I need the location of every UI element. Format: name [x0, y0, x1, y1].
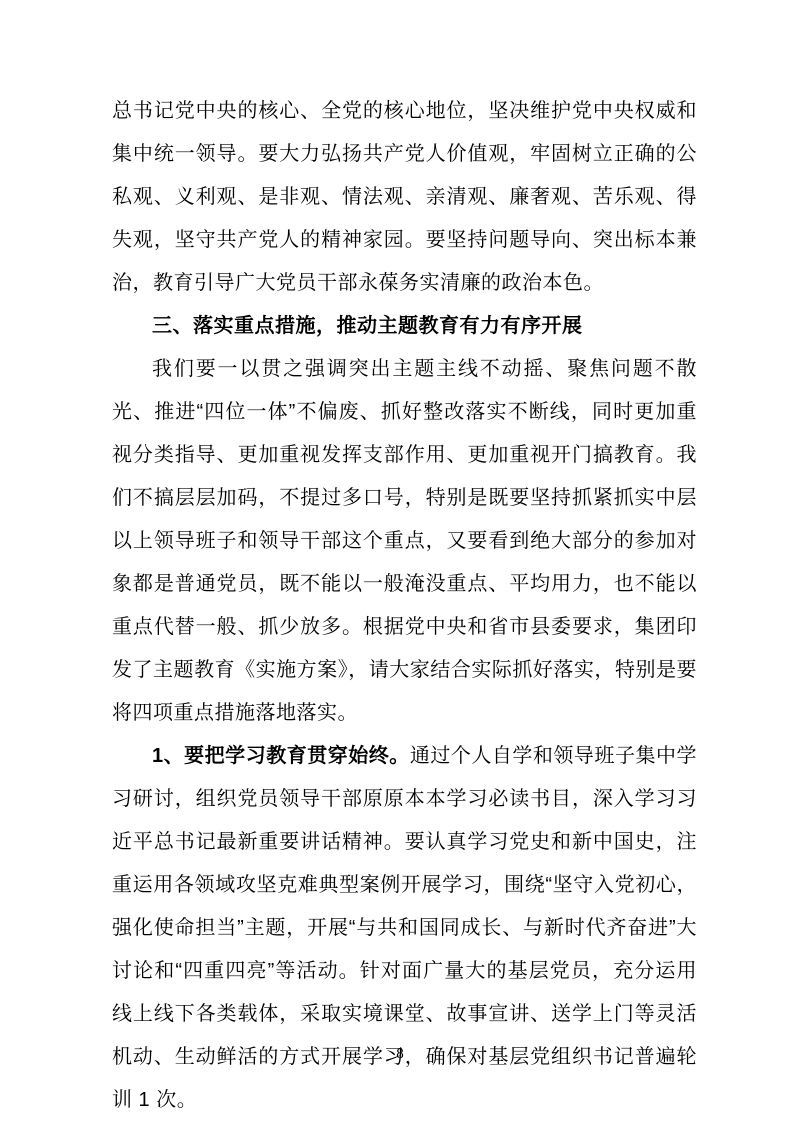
paragraph-continuation: 总书记党中央的核心、全党的核心地位，坚决维护党中央权威和集中统一领导。要大力弘扬… — [112, 90, 697, 305]
paragraph-body: 我们要一以贯之强调突出主题主线不动摇、聚焦问题不散光、推进“四位一体”不偏废、抓… — [112, 348, 697, 735]
section-heading: 三、落实重点措施，推动主题教育有力有序开展 — [112, 305, 697, 348]
page-content: 总书记党中央的核心、全党的核心地位，坚决维护党中央权威和集中统一领导。要大力弘扬… — [112, 90, 697, 1122]
page-number: 8 — [0, 1044, 800, 1064]
numbered-point-lead: 1、要把学习教育贯穿始终。 — [152, 745, 410, 767]
document-page: 总书记党中央的核心、全党的核心地位，坚决维护党中央权威和集中统一领导。要大力弘扬… — [0, 0, 800, 1131]
